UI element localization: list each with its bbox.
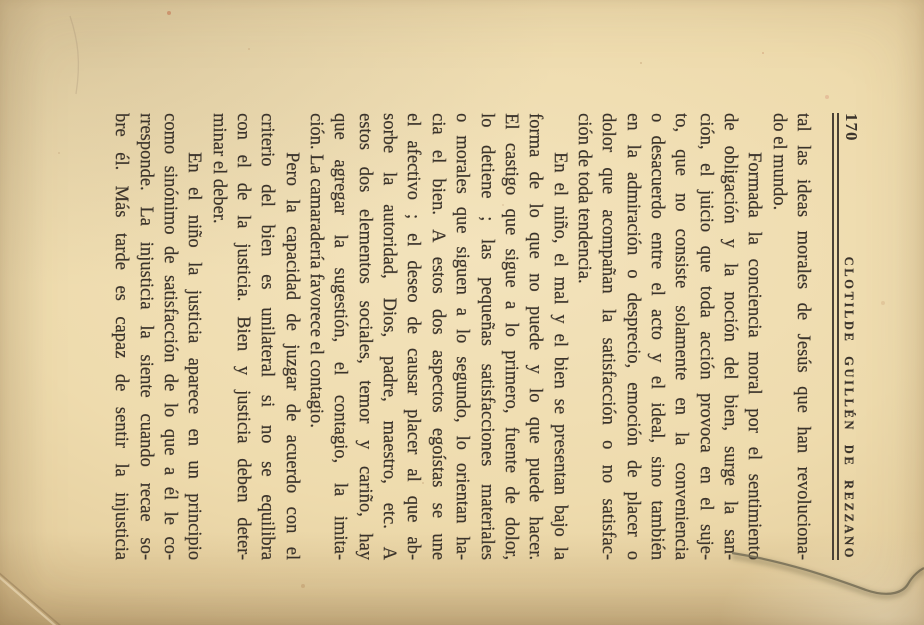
text-line: to, que no consiste solamente en la conv… — [669, 113, 693, 560]
text-line: de obligación y la noción del bien, surg… — [718, 113, 742, 560]
text-line: sorbe la autoridad, Dios, padre, maestro… — [377, 113, 401, 560]
text-line: con el de la justicia. Bien y justicia d… — [231, 113, 255, 560]
text-line: o morales que siguen a lo segundo, lo or… — [450, 113, 474, 560]
book-page-photo: 170 CLOTILDE GUILLÉN DE REZZANO tal las … — [0, 0, 924, 625]
text-line: criterio del bien es unilateral si no se… — [255, 113, 279, 560]
text-line: Pero la capacidad de juzgar de acuerdo c… — [279, 113, 303, 560]
running-title: CLOTILDE GUILLÉN DE REZZANO — [841, 257, 856, 560]
text-line: en la admiración o desprecio, emoción de… — [620, 113, 644, 560]
text-line: do el mundo. — [766, 113, 790, 560]
text-line: dolor que acompañan la satisfacción o no… — [596, 113, 620, 560]
text-line: Formada la conciencia moral por el senti… — [742, 113, 766, 560]
page-number: 170 — [841, 113, 861, 142]
text-line: cia el bien. A estos dos aspectos egoíst… — [426, 113, 450, 560]
text-block: tal las ideas morales de Jesús que han r… — [109, 113, 815, 560]
text-line: que agregar la sugestión, el contagio, l… — [328, 113, 352, 560]
text-line: ción de toda tendencia. — [572, 113, 596, 560]
text-line: forma de lo que no puede y lo que puede … — [523, 113, 547, 560]
text-line: tal las ideas morales de Jesús que han r… — [791, 113, 815, 560]
header-double-rule — [832, 113, 839, 560]
text-line: o desacuerdo entre el acto y el ideal, s… — [645, 113, 669, 560]
text-line: rresponde. La injusticia la siente cuand… — [133, 113, 157, 560]
text-line: como sinónimo de satisfacción de lo que … — [158, 113, 182, 560]
text-line: ción, el juicio que toda acción provoca … — [693, 113, 717, 560]
text-line: estos dos elementos sociales, temor y ca… — [352, 113, 376, 560]
page-header: 170 CLOTILDE GUILLÉN DE REZZANO — [841, 113, 868, 560]
page-content: 170 CLOTILDE GUILLÉN DE REZZANO tal las … — [109, 113, 924, 560]
rotated-page: 170 CLOTILDE GUILLÉN DE REZZANO tal las … — [0, 0, 924, 625]
text-line: El castigo que sigue a lo primero, fuent… — [499, 113, 523, 560]
text-line: En el niño la justicia aparece en un pri… — [182, 113, 206, 560]
text-line: el afectivo ; el deseo de causar placer … — [401, 113, 425, 560]
text-line: lo detiene ; las pequeñas satisfacciones… — [474, 113, 498, 560]
text-line: bre él. Más tarde es capaz de sentir la … — [109, 113, 133, 560]
text-line: minar el deber. — [206, 113, 230, 560]
text-line: ción. La camaradería favorece el contagi… — [304, 113, 328, 560]
text-line: En el niño, el mal y el bien se presenta… — [547, 113, 571, 560]
